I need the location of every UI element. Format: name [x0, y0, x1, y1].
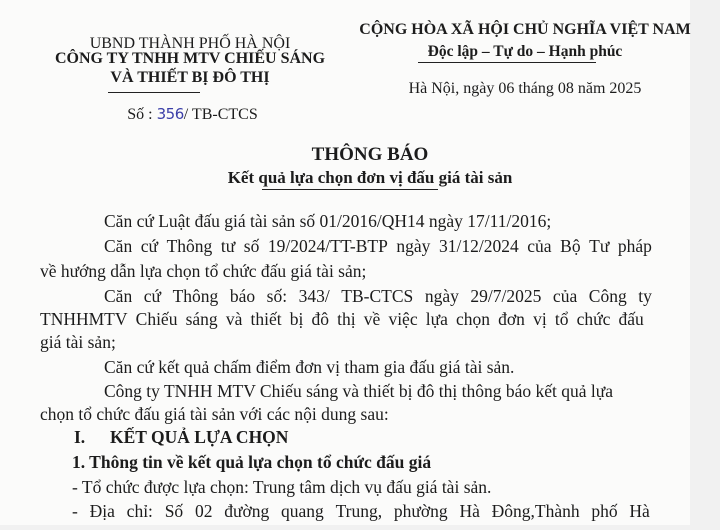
- word: thị: [337, 309, 355, 330]
- selected-organization: - Tổ chức được lựa chọn: Trung tâm dịch …: [72, 477, 491, 498]
- word: Đông,Thành: [492, 501, 580, 522]
- word: chức: [577, 309, 611, 330]
- word: Số: [165, 501, 183, 522]
- announcement-line1: Công ty TNHH MTV Chiếu sáng và thiết bị …: [104, 381, 613, 402]
- company-name-line1: CÔNG TY TNHH MTV CHIẾU SÁNG: [40, 50, 340, 68]
- word: thiết: [250, 309, 281, 330]
- word: Thông: [173, 286, 219, 307]
- word: Công: [589, 286, 627, 307]
- document-subtitle: Kết quả lựa chọn đơn vị đấu giá tài sản: [180, 168, 560, 188]
- word: số:: [267, 286, 287, 307]
- doc-number-prefix: Số :: [127, 106, 156, 123]
- section-numeral: I.: [74, 427, 85, 448]
- word: và: [226, 309, 243, 330]
- word: của: [527, 236, 551, 257]
- word: quang: [281, 501, 324, 522]
- word: cứ: [141, 236, 158, 257]
- word: phố: [591, 501, 617, 522]
- word: ngày: [425, 286, 459, 307]
- organization-address: -Địachỉ:Số02đườngquangTrung,phườngHàĐông…: [72, 501, 650, 522]
- word: Căn: [104, 286, 132, 307]
- word: Tư: [589, 236, 609, 257]
- national-title: CỘNG HÒA XÃ HỘI CHỦ NGHĨA VIỆT NAM: [330, 21, 720, 39]
- company-name-line2: VÀ THIẾT BỊ ĐÔ THỊ: [40, 69, 340, 87]
- word: pháp: [618, 236, 652, 257]
- word: đường: [224, 501, 269, 522]
- doc-number-suffix: / TB-CTCS: [184, 106, 258, 123]
- word: ngày: [396, 236, 430, 257]
- basis-3-line2: TNHHMTVChiếusángvàthiếtbịđôthịvềviệclựac…: [40, 309, 644, 330]
- word: đấu: [619, 309, 644, 330]
- word: tổ: [555, 309, 569, 330]
- document-title: THÔNG BÁO: [180, 144, 560, 166]
- word: số: [244, 236, 260, 257]
- word: Bộ: [560, 236, 580, 257]
- word: chỉ:: [127, 501, 153, 522]
- word: sáng: [186, 309, 218, 330]
- subsection-heading: 1. Thông tin về kết quả lựa chọn tổ chức…: [72, 452, 431, 473]
- left-header-underline: [108, 92, 200, 93]
- word: về: [364, 309, 381, 330]
- word: cứ: [144, 286, 161, 307]
- word: TNHHMTV: [40, 309, 128, 330]
- word: Thông: [167, 236, 213, 257]
- word: vị: [533, 309, 547, 330]
- word: đơn: [498, 309, 525, 330]
- word: 29/7/2025: [470, 286, 541, 307]
- basis-2-line1: CăncứThôngtưsố19/2024/TT-BTPngày31/12/20…: [104, 236, 652, 257]
- section-heading: KẾT QUẢ LỰA CHỌN: [110, 427, 288, 448]
- word: bị: [290, 309, 304, 330]
- word: chọn: [456, 309, 490, 330]
- word: 31/12/2024: [439, 236, 519, 257]
- basis-3-line1: CăncứThôngbáosố:343/TB-CTCSngày29/7/2025…: [104, 286, 652, 307]
- word: 19/2024/TT-BTP: [268, 236, 388, 257]
- subtitle-underline: [262, 189, 438, 190]
- word: của: [553, 286, 577, 307]
- basis-2-line2: về hướng dẫn lựa chọn tổ chức đấu giá tà…: [40, 261, 366, 282]
- word: Chiếu: [136, 309, 178, 330]
- word: 02: [195, 501, 213, 522]
- document-number: Số : 356/ TB-CTCS: [60, 105, 325, 124]
- word: việc: [388, 309, 417, 330]
- basis-4: Căn cứ kết quả chấm điểm đơn vị tham gia…: [104, 357, 514, 378]
- word: ty: [638, 286, 652, 307]
- word: Hà: [459, 501, 479, 522]
- word: Trung,: [336, 501, 383, 522]
- word: báo: [230, 286, 255, 307]
- word: phường: [394, 501, 448, 522]
- word: TB-CTCS: [341, 286, 413, 307]
- basis-1: Căn cứ Luật đấu giá tài sản số 01/2016/Q…: [104, 211, 551, 232]
- word: lựa: [426, 309, 448, 330]
- basis-3-line3: giá tài sản;: [40, 332, 116, 353]
- word: -: [72, 501, 78, 522]
- word: 343/: [299, 286, 330, 307]
- word: Hà: [629, 501, 649, 522]
- motto-underline: [418, 62, 596, 63]
- word: tư: [221, 236, 235, 257]
- announcement-line2: chọn tổ chức đấu giá tài sản với các nội…: [40, 404, 389, 425]
- doc-number-handwritten: 356: [157, 105, 184, 123]
- place-and-date: Hà Nội, ngày 06 tháng 08 năm 2025: [330, 80, 720, 98]
- national-motto: Độc lập – Tự do – Hạnh phúc: [330, 43, 720, 61]
- word: đô: [312, 309, 330, 330]
- word: Địa: [90, 501, 115, 522]
- document-page: UBND THÀNH PHỐ HÀ NỘI CÔNG TY TNHH MTV C…: [0, 0, 690, 525]
- word: Căn: [104, 236, 132, 257]
